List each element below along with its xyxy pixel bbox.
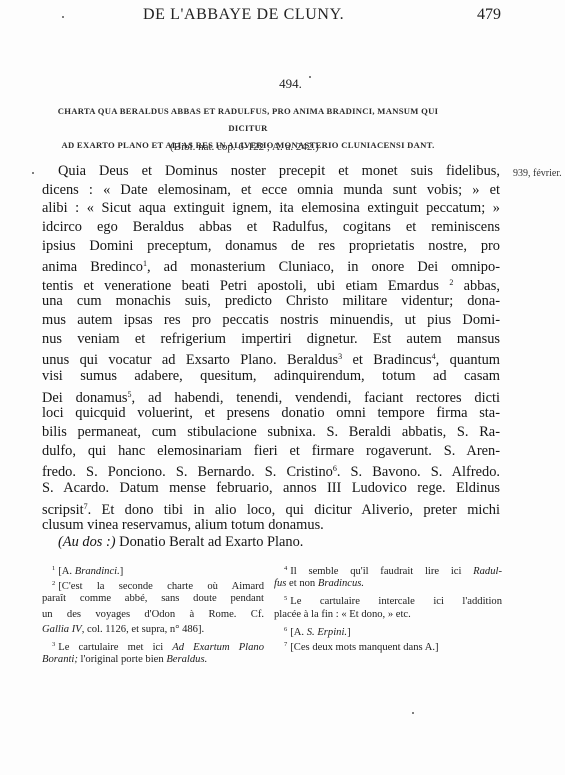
body-line: idcirco ego Beraldus abbas et Radulfus, … — [42, 218, 500, 237]
body-text-run: anima Bredinco — [42, 259, 143, 275]
body-line: unus qui vocatur ad Exsarto Plano. Beral… — [42, 348, 500, 367]
body-text-run: tentis et veneratione beati Petri aposto… — [42, 278, 449, 294]
footnote-text: paraît comme abbé, sans doute pendant — [42, 593, 264, 604]
scan-speck — [32, 172, 34, 174]
footnote-line: 6[A. S. Erpini.] — [274, 622, 502, 637]
scan-speck — [412, 712, 414, 714]
footnote-number: 1 — [52, 565, 55, 572]
footnote-line: Boranti; l'original porte bien Beraldus. — [42, 652, 264, 667]
scan-speck — [309, 76, 311, 78]
footnote-text: et non — [286, 578, 317, 589]
footnote-text: Le cartulaire intercale ici l'addition — [290, 596, 502, 607]
body-line: clusum vinea reservamus, alium totum don… — [42, 516, 500, 535]
footnote-line: 3Le cartulaire met ici Ad Exartum Plano — [42, 637, 264, 652]
footnote-line: 5Le cartulaire intercale ici l'addition — [274, 591, 502, 606]
footnotes-right-column: 4Il semble qu'il faudrait lire ici Radul… — [274, 561, 502, 652]
source-reference: (Bibl. nat. cop. 6-122 ; A. a. 242.) — [170, 141, 319, 153]
dorsal-text: Donatio Beralt ad Exarto Plano. — [119, 534, 303, 550]
charter-number: 494. — [0, 76, 565, 92]
body-line: fredo. S. Ponciono. S. Bernardo. S. Cris… — [42, 460, 500, 479]
body-line: tentis et veneratione beati Petri aposto… — [42, 274, 500, 293]
body-text-run: , ad habendi, tenendi, vendendi, faciant… — [132, 390, 500, 406]
body-line: alibi : « Sicut aqua extinguit ignem, it… — [42, 199, 500, 218]
dorsal-note: (Au dos :) Donatio Beralt ad Exarto Plan… — [58, 534, 303, 551]
footnote-text: , col. 1126, et supra, n° 486]. — [82, 624, 204, 635]
footnote-italic-text: Bradincus. — [318, 578, 364, 589]
body-line: loci quicquid voluerint, et presens dona… — [42, 404, 500, 423]
body-text-run: et Bradincus — [342, 352, 432, 368]
dorsal-label: (Au dos :) — [58, 534, 116, 550]
footnotes-left-column: 1[A. Brandinci.]2[C'est la seconde chart… — [42, 561, 264, 667]
body-text-run: abbas, — [453, 278, 500, 294]
footnote-italic-text: Boranti; — [42, 654, 78, 665]
body-line: ipsius Domini preceptum, donamus de res … — [42, 237, 500, 256]
body-text-run: Dei donamus — [42, 390, 128, 406]
footnote-line: un des voyages d'Odon à Rome. Cf. — [42, 607, 264, 622]
footnote-text: placée à la fin : « Et dono, » etc. — [274, 609, 411, 620]
footnote-text: un des voyages d'Odon à Rome. Cf. — [42, 609, 264, 620]
footnote-line: Gallia IV, col. 1126, et supra, n° 486]. — [42, 622, 264, 637]
body-line: anima Bredinco1, ad monasterium Cluniaco… — [42, 255, 500, 274]
scan-speck — [62, 16, 64, 18]
body-line: visi sumus adabere, quesitum, adinquiren… — [42, 367, 500, 386]
footnote-text: l'original porte bien — [78, 654, 166, 665]
charter-title-line: CHARTA QUA BERALDUS ABBAS ET RADULFUS, P… — [38, 103, 458, 137]
body-line: bilis permaneat, cum stibulacione subnix… — [42, 423, 500, 442]
body-line: nus veniam et refrigerium impertiri dign… — [42, 330, 500, 349]
body-text-run: fredo. S. Ponciono. S. Bernardo. S. Cris… — [42, 464, 333, 480]
footnote-italic-text: Radul- — [473, 566, 502, 577]
footnote-number: 7 — [284, 641, 287, 648]
page-number: 479 — [477, 6, 501, 24]
body-line: dulfo, qui hanc elemosinariam fieri et f… — [42, 442, 500, 461]
body-line: mus autem ipsas res pro peccatis nostris… — [42, 311, 500, 330]
footnote-italic-text: fus — [274, 578, 286, 589]
running-head: DE L'ABBAYE DE CLUNY. 479 — [0, 6, 565, 28]
footnote-line: 1[A. Brandinci.] — [42, 561, 264, 576]
footnote-line: 2[C'est la seconde charte où Aimard — [42, 576, 264, 591]
body-line: scripsit7. Et dono tibi in alio loco, qu… — [42, 498, 500, 517]
body-line: Dei donamus5, ad habendi, tenendi, vende… — [42, 386, 500, 405]
body-line: dicens : « Date elemosinam, et ecce omni… — [42, 181, 500, 200]
footnote-line: 7[Ces deux mots manquent dans A.] — [274, 637, 502, 652]
margin-date-note: 939, février. — [513, 168, 562, 179]
body-line: una cum monachis suis, predicto Christo … — [42, 292, 500, 311]
footnote-line: fus et non Bradincus. — [274, 576, 502, 591]
body-text-run: , ad monasterium Cluniaco, in onore Dei … — [147, 259, 500, 275]
footnote-italic-text: Gallia IV — [42, 624, 82, 635]
body-text-run: unus qui vocatur ad Exsarto Plano. Beral… — [42, 352, 338, 368]
body-text-run: . S. Bavono. S. Alfredo. — [337, 464, 500, 480]
footnote-text: [Ces deux mots manquent dans A.] — [290, 642, 438, 653]
footnote-number: 4 — [284, 565, 287, 572]
footnote-line: placée à la fin : « Et dono, » etc. — [274, 607, 502, 622]
body-text-run: . Et dono tibi in alio loco, qui dicitur… — [88, 502, 500, 518]
body-text-run: scripsit — [42, 502, 84, 518]
body-line: Quia Deus et Dominus noster precepit et … — [42, 162, 500, 181]
footnote-italic-text: Beraldus. — [166, 654, 207, 665]
footnote-line: 4Il semble qu'il faudrait lire ici Radul… — [274, 561, 502, 576]
running-title: DE L'ABBAYE DE CLUNY. — [143, 6, 344, 24]
footnote-number: 2 — [52, 580, 55, 587]
footnote-number: 6 — [284, 626, 287, 633]
charter-body-text: Quia Deus et Dominus noster precepit et … — [42, 162, 500, 535]
body-text-run: , quantum — [436, 352, 500, 368]
body-line: S. Acardo. Datum mense februario, annos … — [42, 479, 500, 498]
footnote-line: paraît comme abbé, sans doute pendant — [42, 591, 264, 606]
footnote-number: 3 — [52, 641, 55, 648]
document-page: DE L'ABBAYE DE CLUNY. 479 494. CHARTA QU… — [0, 0, 565, 775]
footnote-number: 5 — [284, 595, 287, 602]
